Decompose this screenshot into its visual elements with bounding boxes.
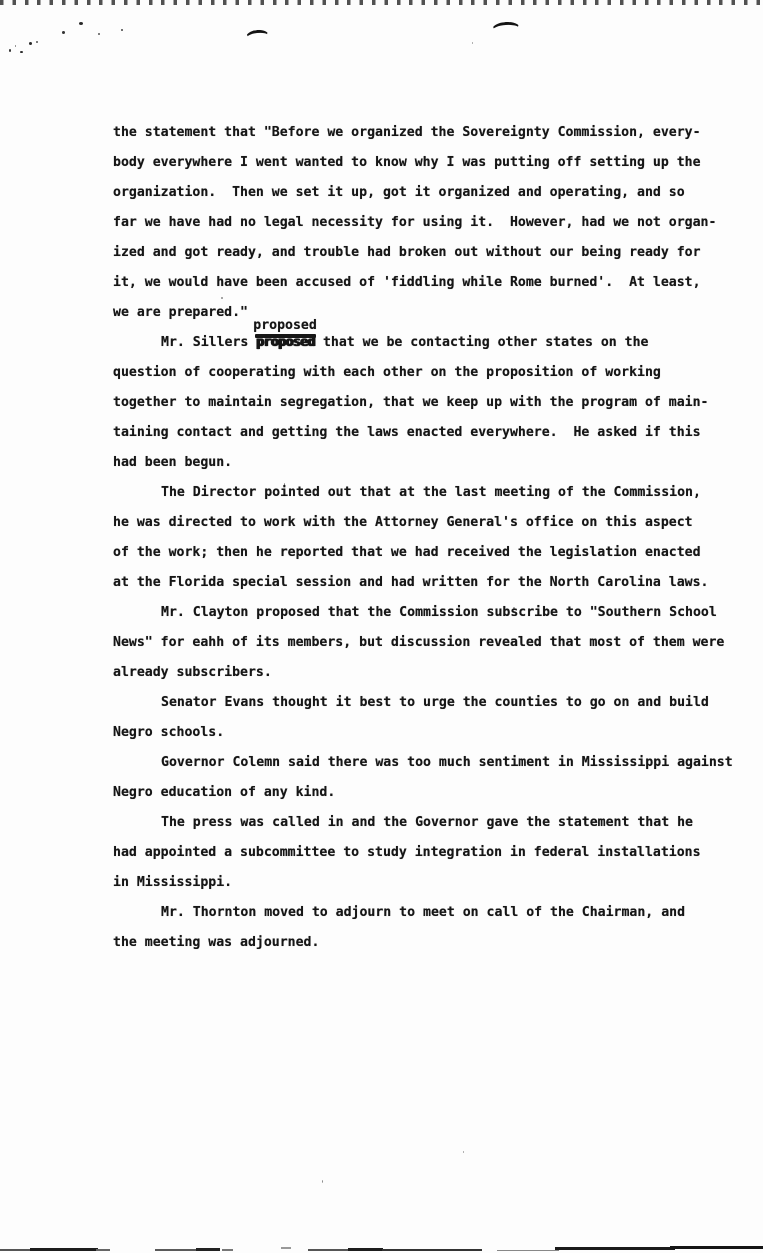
text-line: question of cooperating with each other …	[113, 358, 758, 388]
pen-arc-mark	[492, 21, 521, 37]
ink-speckle	[322, 1180, 323, 1183]
text-line: at the Florida special session and had w…	[113, 568, 758, 598]
text-line: in Mississippi.	[113, 868, 758, 898]
text-line: Negro schools.	[113, 718, 758, 748]
bottom-edge-segment	[155, 1249, 200, 1251]
text-line: body everywhere I went wanted to know wh…	[113, 148, 758, 178]
bottom-edge-segment	[30, 1248, 98, 1251]
ink-speckle	[98, 33, 100, 35]
ink-speckle	[15, 45, 16, 47]
text-line: The press was called in and the Governor…	[113, 808, 758, 838]
struck-out-word: proposed	[256, 328, 315, 358]
ink-speckle	[121, 29, 123, 31]
top-perforation-dots	[0, 0, 763, 5]
bottom-edge-segment	[555, 1247, 675, 1250]
text-line: together to maintain segregation, that w…	[113, 388, 758, 418]
text-line: already subscribers.	[113, 658, 758, 688]
text-line: had appointed a subcommittee to study in…	[113, 838, 758, 868]
pen-arc-mark	[245, 29, 269, 44]
ink-speckle	[463, 1151, 464, 1153]
text-line: it, we would have been accused of 'fiddl…	[113, 268, 758, 298]
text-line: Mr. Clayton proposed that the Commission…	[113, 598, 758, 628]
text-line-with-correction: Mr. Sillers proposedproposed that we be …	[113, 328, 758, 358]
bottom-edge-segment	[382, 1249, 482, 1251]
ink-speckle	[79, 22, 83, 25]
text-line: Negro education of any kind.	[113, 778, 758, 808]
text-after-struck-word: that we be contacting other states on th…	[315, 335, 648, 350]
bottom-edge-segment	[96, 1249, 110, 1251]
text-line: had been begun.	[113, 448, 758, 478]
text-line: organization. Then we set it up, got it …	[113, 178, 758, 208]
scanned-document-page: the statement that "Before we organized …	[0, 0, 763, 1253]
text-line: Governor Colemn said there was too much …	[113, 748, 758, 778]
typewritten-text: the statement that "Before we organized …	[113, 118, 758, 958]
ink-speckle	[29, 42, 32, 45]
text-line: we are prepared."	[113, 298, 758, 328]
text-line: The Director pointed out that at the las…	[113, 478, 758, 508]
typed-correction: proposedproposed	[256, 328, 315, 358]
text-line: Senator Evans thought it best to urge th…	[113, 688, 758, 718]
text-line: the statement that "Before we organized …	[113, 118, 758, 148]
bottom-edge-segment	[497, 1250, 559, 1251]
bottom-edge-segment	[281, 1247, 291, 1249]
text-before-struck-word: Mr. Sillers	[161, 335, 256, 350]
ink-speckle	[9, 49, 11, 52]
text-line: the meeting was adjourned.	[113, 928, 758, 958]
ink-speckle	[20, 51, 23, 53]
ink-speckle	[62, 31, 65, 34]
bottom-edge-segment	[348, 1248, 383, 1251]
text-line: of the work; then he reported that we ha…	[113, 538, 758, 568]
bottom-edge-segment	[0, 1249, 33, 1251]
text-line: he was directed to work with the Attorne…	[113, 508, 758, 538]
bottom-edge-segment	[222, 1249, 233, 1251]
text-line: far we have had no legal necessity for u…	[113, 208, 758, 238]
ink-speckle	[472, 42, 473, 44]
text-line: News" for eahh of its members, but discu…	[113, 628, 758, 658]
ink-speckle	[36, 41, 38, 43]
text-line: ized and got ready, and trouble had brok…	[113, 238, 758, 268]
bottom-edge-segment	[308, 1249, 350, 1251]
text-line: taining contact and getting the laws ena…	[113, 418, 758, 448]
bottom-edge-segment	[670, 1246, 763, 1249]
bottom-edge-segment	[196, 1248, 220, 1251]
text-line: Mr. Thornton moved to adjourn to meet on…	[113, 898, 758, 928]
